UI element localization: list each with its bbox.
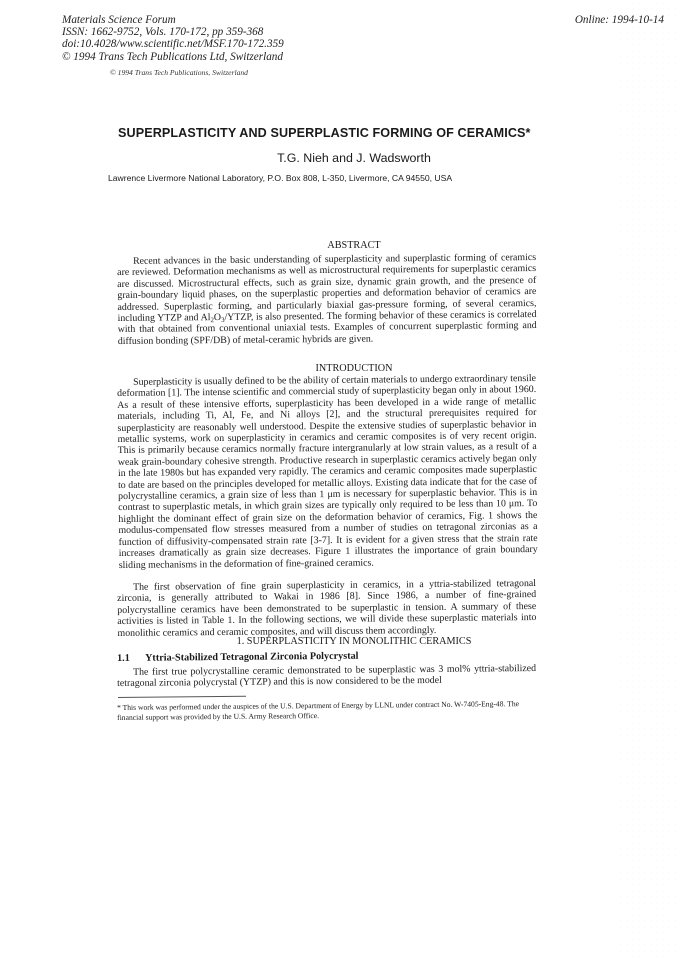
scan-noise-texture [618, 0, 678, 959]
copyright-line: © 1994 Trans Tech Publications Ltd, Swit… [62, 51, 284, 63]
introduction-paragraph-1: Superplasticity is usually defined to be… [117, 373, 538, 571]
section-1-heading: 1. SUPERPLASTICITY IN MONOLITHIC CERAMIC… [0, 636, 678, 647]
paper-title: SUPERPLASTICITY AND SUPERPLASTIC FORMING… [118, 126, 531, 140]
publication-metadata: Materials Science Forum ISSN: 1662-9752,… [62, 14, 284, 63]
section-1-paragraph-1: The first true polycrystalline ceramic d… [117, 663, 536, 690]
journal-name: Materials Science Forum [62, 14, 284, 26]
doi-link[interactable]: doi:10.4028/www.scientific.net/MSF.170-1… [62, 38, 284, 50]
introduction-heading: INTRODUCTION [0, 363, 678, 374]
introduction-paragraph-2: The first observation of fine grain supe… [117, 578, 537, 639]
paper-authors: T.G. Nieh and J. Wadsworth [0, 151, 678, 165]
abstract-heading: ABSTRACT [0, 240, 678, 251]
footnote: * This work was performed under the ausp… [117, 699, 547, 722]
abstract-body: Recent advances in the basic understandi… [117, 252, 537, 347]
author-affiliation: Lawrence Livermore National Laboratory, … [108, 173, 452, 183]
subsection-1-1-heading: 1.1Yttria-Stabilized Tetragonal Zirconia… [117, 651, 359, 664]
online-date: Online: 1994-10-14 [575, 14, 664, 26]
issn-line: ISSN: 1662-9752, Vols. 170-172, pp 359-3… [62, 26, 284, 38]
footnote-divider [118, 696, 246, 698]
scanned-copyright: © 1994 Trans Tech Publications, Switzerl… [110, 68, 248, 77]
